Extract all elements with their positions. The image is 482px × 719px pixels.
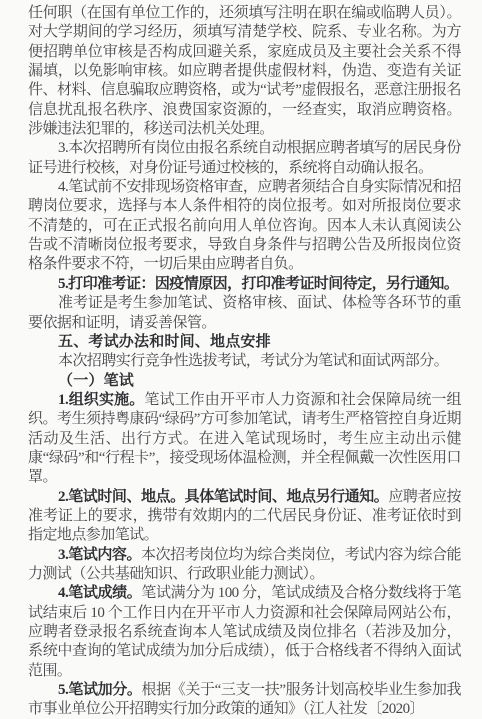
heading-section5-exam-arrangement: 五、考试办法和时间、地点安排 <box>28 333 461 352</box>
emphasis-text: 4.笔试成绩。 <box>58 585 141 601</box>
emphasis-text: 2.笔试时间、地点。具体笔试时间、地点另行通知。 <box>58 489 388 505</box>
body-text: 准考证是考生参加笔试、资格审核、面试、体检等各环节的重要依据和证明，请妥善保管。 <box>28 295 461 330</box>
document-body: 任何职（在国有单位工作的，还须填写注明在职在编或临聘人员）。对大学期间的学习经历… <box>28 4 461 719</box>
para-exam-overview: 本次招聘实行竞争性选拔考试，考试分为笔试和面试两部分。 <box>28 352 461 371</box>
emphasis-text: 五、考试办法和时间、地点安排 <box>58 334 271 350</box>
para-item4-no-onsite-review: 4.笔试前不安排现场资格审查，应聘者须结合自身实际情况和招聘岗位要求，选择与本人… <box>28 178 461 275</box>
emphasis-text: （一）笔试 <box>58 373 134 389</box>
para-resume-filling-continued: 任何职（在国有单位工作的，还须填写注明在职在编或临聘人员）。对大学期间的学习经历… <box>28 4 461 139</box>
emphasis-text: 5.笔试加分。 <box>58 682 141 698</box>
para-admission-ticket-keep-safe: 准考证是考生参加笔试、资格审核、面试、体检等各环节的重要依据和证明，请妥善保管。 <box>28 294 461 333</box>
emphasis-text: 3.笔试内容。 <box>58 547 141 563</box>
body-text: 本次招聘实行竞争性选拔考试，考试分为笔试和面试两部分。 <box>58 353 448 369</box>
para-item3-id-auto-verification: 3.本次招聘所有岗位由报名系统自动根据应聘者填写的居民身份证号进行校核，对身份证… <box>28 139 461 178</box>
body-text: 4.笔试前不安排现场资格审查，应聘者须结合自身实际情况和招聘岗位要求，选择与本人… <box>28 179 461 272</box>
para-item5-bonus-points: 5.笔试加分。根据《关于“三支一扶”服务计划高校毕业生参加我市事业单位公开招聘实… <box>28 681 461 719</box>
para-item4-test-scores: 4.笔试成绩。笔试满分为 100 分，笔试成绩及合格分数线将于笔试结束后 10 … <box>28 584 461 681</box>
emphasis-text: 1.组织实施。 <box>58 392 144 408</box>
para-item2-time-location: 2.笔试时间、地点。具体笔试时间、地点另行通知。应聘者应按准考证上的要求，携带有… <box>28 488 461 546</box>
body-text: 3.本次招聘所有岗位由报名系统自动根据应聘者填写的居民身份证号进行校核，对身份证… <box>28 140 461 175</box>
document-page: 任何职（在国有单位工作的，还须填写注明在职在编或临聘人员）。对大学期间的学习经历… <box>0 0 482 719</box>
heading-written-test: （一）笔试 <box>28 372 461 391</box>
emphasis-text: 5.打印准考证：因疫情原因，打印准考证时间待定，另行通知。 <box>58 276 458 292</box>
para-item3-test-content: 3.笔试内容。本次招考岗位均为综合类岗位，考试内容为综合能力测试（公共基础知识、… <box>28 546 461 585</box>
para-item1-organization: 1.组织实施。笔试工作由开平市人力资源和社会保障局统一组织。考生须持粤康码“绿码… <box>28 391 461 488</box>
para-item5-print-admission-ticket: 5.打印准考证：因疫情原因，打印准考证时间待定，另行通知。 <box>28 275 461 294</box>
body-text: 任何职（在国有单位工作的，还须填写注明在职在编或临聘人员）。对大学期间的学习经历… <box>28 5 461 137</box>
